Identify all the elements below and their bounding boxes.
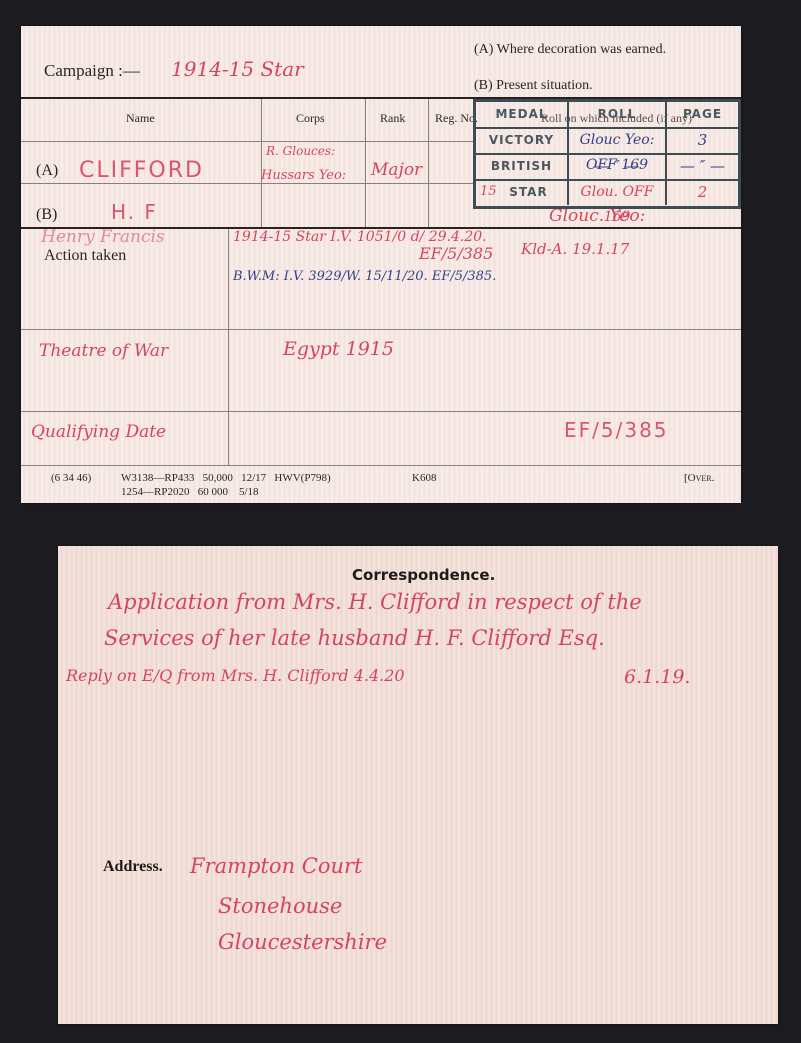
stamp-header-row: MEDAL ROLL PAGE bbox=[476, 102, 738, 129]
address-label: Address. bbox=[103, 858, 163, 876]
roll-star: Glou. OFF 169 bbox=[569, 180, 665, 230]
correspondence-title: Correspondence. bbox=[352, 566, 495, 584]
action-line2: EF/5/385 bbox=[419, 244, 493, 263]
medal-british: BRITISH bbox=[476, 154, 567, 179]
print-line2: 1254—RP2020 60 000 5/18 bbox=[121, 486, 259, 498]
theatre-rule bbox=[21, 411, 741, 412]
forenames: Henry Francis bbox=[41, 227, 165, 247]
corps-line2: Hussars Yeo: bbox=[261, 168, 346, 183]
correspondence-reply: Reply on E/Q from Mrs. H. Clifford 4.4.2… bbox=[66, 666, 405, 685]
campaign-value: 1914-15 Star bbox=[171, 57, 304, 81]
page-star: 2 bbox=[667, 180, 738, 205]
print-k-code: K608 bbox=[412, 472, 436, 484]
stamp-row-victory: VICTORY Glouc Yeo: OFF 169 3 bbox=[476, 128, 738, 155]
stamp-row-star: 15 STAR Glou. OFF 169 2 bbox=[476, 180, 738, 205]
rank: Major bbox=[371, 160, 422, 180]
qualifying-ref: EF/5/385 bbox=[564, 418, 669, 442]
page-victory: 3 bbox=[667, 128, 738, 153]
row-a-rule bbox=[21, 183, 473, 184]
theatre-value: Egypt 1915 bbox=[283, 338, 394, 360]
print-line1: W3138—RP433 50,000 12/17 HWV(P798) bbox=[121, 472, 331, 484]
legend-b: (B) Present situation. bbox=[474, 78, 593, 94]
roll-british: — ″ — bbox=[569, 154, 665, 179]
correspondence-line2: Services of her late husband H. F. Cliff… bbox=[104, 626, 605, 650]
row-a-marker: (A) bbox=[36, 162, 58, 180]
divider-rank-reg bbox=[428, 99, 429, 227]
address-line3: Gloucestershire bbox=[218, 930, 387, 954]
medal-index-card-front: Campaign :— 1914-15 Star (A) Where decor… bbox=[21, 26, 741, 503]
medal-index-card-back: Correspondence. Application from Mrs. H.… bbox=[58, 546, 778, 1024]
action-line1: 1914-15 Star I.V. 1051/0 d/ 29.4.20. bbox=[233, 229, 487, 245]
action-taken-label: Action taken bbox=[44, 247, 126, 265]
correspondence-date: 6.1.19. bbox=[624, 666, 690, 688]
action-rule bbox=[21, 329, 741, 330]
medal-roll-stamp: MEDAL ROLL PAGE VICTORY Glouc Yeo: OFF 1… bbox=[473, 99, 741, 209]
legend-a: (A) Where decoration was earned. bbox=[474, 42, 666, 58]
divider-corps-rank bbox=[365, 99, 366, 227]
divider-body bbox=[228, 229, 229, 465]
header-corps: Corps bbox=[296, 111, 325, 126]
stamp-header-page: PAGE bbox=[667, 102, 738, 127]
header-name: Name bbox=[126, 111, 155, 126]
page-british: — ″ — bbox=[667, 154, 738, 179]
initials: H. F bbox=[111, 200, 158, 224]
address-line1: Frampton Court bbox=[190, 854, 362, 878]
killed-note: Kld-A. 19.1.17 bbox=[521, 240, 629, 258]
correspondence-line1: Application from Mrs. H. Clifford in res… bbox=[108, 590, 642, 614]
print-code: (6 34 46) bbox=[51, 472, 91, 484]
stamp-header-medal: MEDAL bbox=[476, 102, 567, 127]
qualifying-rule bbox=[21, 465, 741, 466]
medal-victory: VICTORY bbox=[476, 128, 567, 153]
over-note: [Over. bbox=[684, 472, 714, 484]
stamp-header-roll: ROLL bbox=[569, 102, 665, 127]
campaign-label: Campaign :— bbox=[44, 61, 140, 81]
theatre-label: Theatre of War bbox=[39, 341, 168, 361]
surname: CLIFFORD bbox=[79, 158, 204, 183]
header-rank: Rank bbox=[380, 111, 405, 126]
address-line2: Stonehouse bbox=[218, 894, 342, 918]
qualifying-date-label: Qualifying Date bbox=[31, 422, 166, 442]
star-prefix: 15 bbox=[480, 184, 497, 199]
row-b-marker: (B) bbox=[36, 206, 57, 224]
stamp-row-british: BRITISH — ″ — — ″ — bbox=[476, 154, 738, 181]
corps-line1: R. Glouces: bbox=[266, 144, 335, 158]
action-line3: B.W.M: I.V. 3929/W. 15/11/20. EF/5/385. bbox=[233, 269, 496, 284]
header-reg-no: Reg. No. bbox=[435, 111, 478, 126]
divider-name-corps bbox=[261, 99, 262, 227]
header-rule bbox=[21, 141, 473, 142]
